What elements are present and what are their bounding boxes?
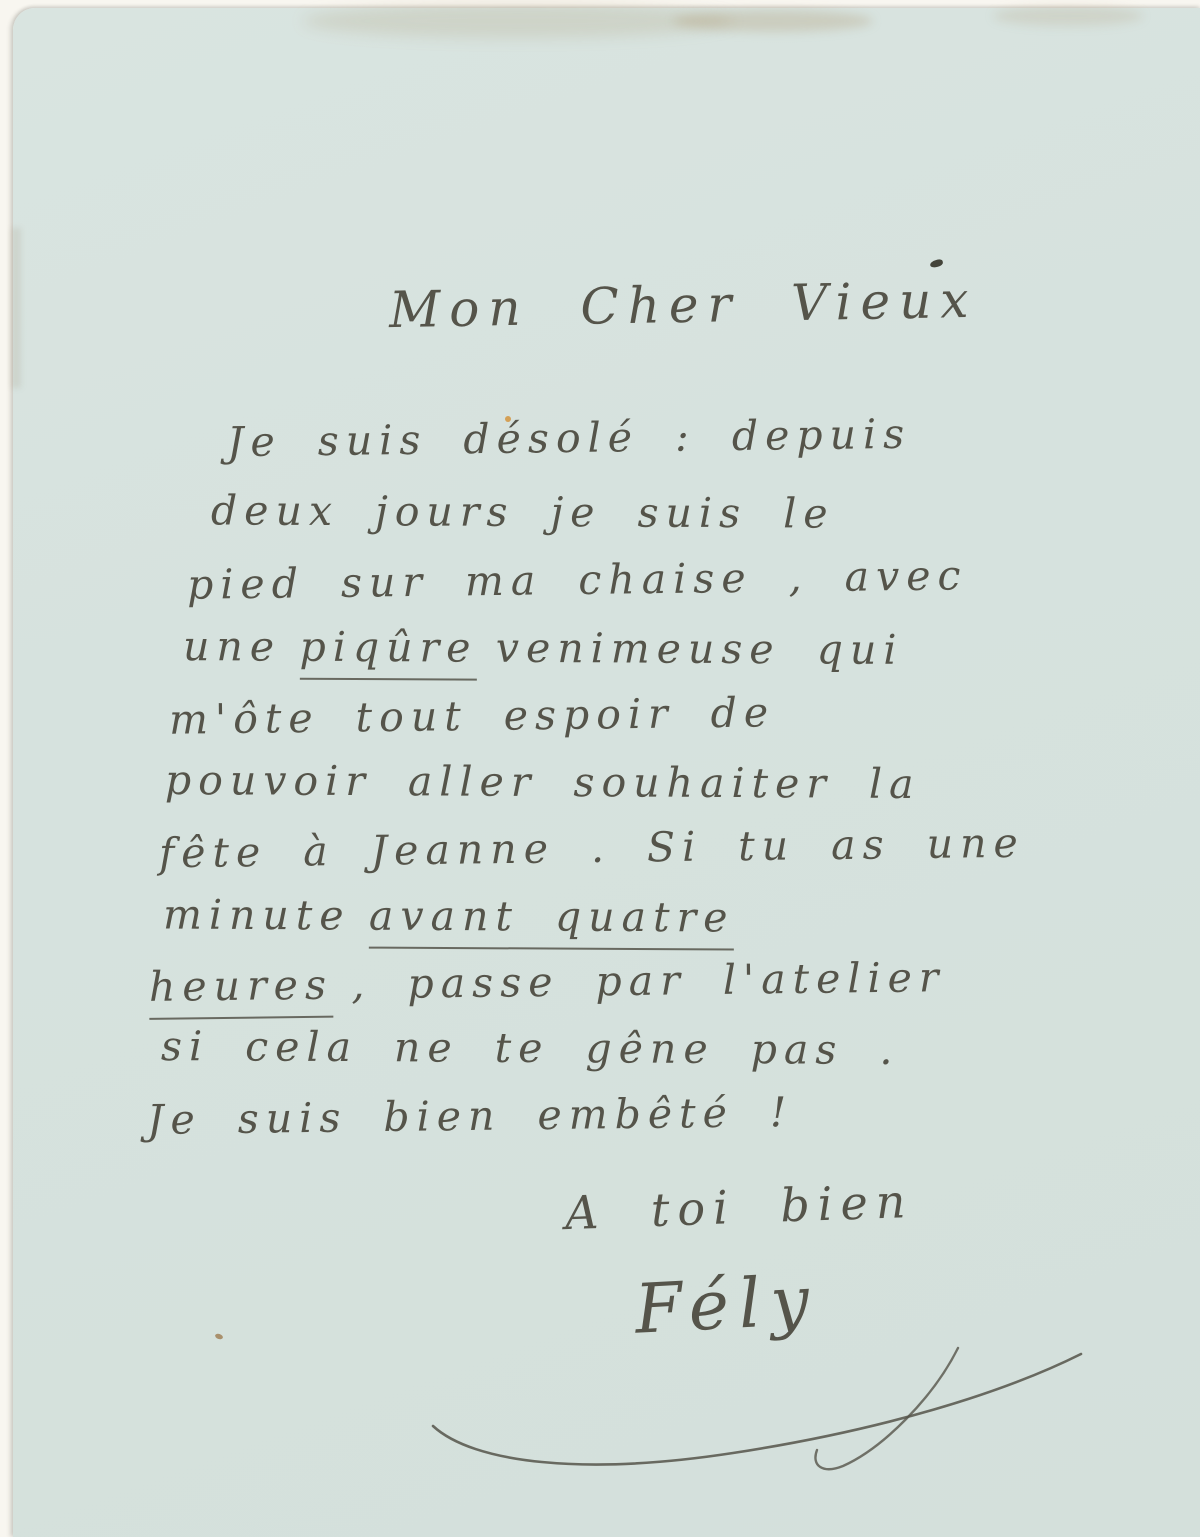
line-text: m'ôte tout espoir de — [169, 688, 776, 743]
letter-body-line: minuteavant quatre — [163, 891, 735, 951]
letter-paper: Mon Cher Vieux Je suis désolé : depuis d… — [13, 8, 1200, 1537]
line-text-underlined: heures — [149, 961, 334, 1020]
letter-closing: A toi bien — [564, 1174, 914, 1240]
line-text-underlined: avant quatre — [369, 892, 735, 951]
signature-flourish — [413, 1338, 1103, 1488]
line-text: venimeuse qui — [496, 624, 904, 674]
line-text: minute — [163, 891, 351, 940]
line-text: si cela ne te gêne pas . — [161, 1022, 900, 1074]
letter-scan: Mon Cher Vieux Je suis désolé : depuis d… — [0, 0, 1200, 1537]
line-text: Je suis désolé : depuis — [227, 410, 912, 466]
letter-body-line: fête à Jeanne . Si tu as une — [159, 819, 1025, 878]
paper-edge-smudge — [11, 228, 21, 388]
line-text-underlined: piqûre — [299, 623, 477, 681]
line-text: deux jours je suis le — [211, 486, 835, 537]
paper-stain — [673, 10, 873, 32]
letter-body-line: Je suis désolé : depuis — [227, 410, 912, 466]
paper-stain — [303, 4, 733, 38]
letter-body-line: Je suis bien embêté ! — [147, 1088, 794, 1144]
letter-body-line: m'ôte tout espoir de — [169, 688, 776, 743]
paper-stain — [993, 6, 1143, 26]
letter-body-line: pied sur ma chaise , avec — [187, 551, 968, 609]
letter-body-line: heures, passe par l'atelier — [149, 953, 946, 1020]
line-text: pied sur ma chaise , avec — [187, 551, 968, 609]
ink-speck — [929, 259, 943, 269]
line-text: Je suis bien embêté ! — [147, 1088, 794, 1144]
scan-background: { "letter": { "salutation": "Mon Cher Vi… — [0, 0, 1200, 1537]
line-text: fête à Jeanne . Si tu as une — [159, 819, 1025, 878]
line-text: une — [183, 622, 281, 671]
line-text: pouvoir aller souhaiter la — [165, 756, 921, 808]
letter-salutation: Mon Cher Vieux — [389, 271, 978, 339]
letter-body-line: unepiqûrevenimeuse qui — [183, 622, 904, 683]
line-text: , passe par l'atelier — [351, 953, 946, 1008]
letter-body-line: pouvoir aller souhaiter la — [165, 756, 921, 808]
paper-speck — [214, 1333, 223, 1340]
letter-body-line: deux jours je suis le — [211, 486, 835, 537]
letter-signature: Fély — [633, 1261, 821, 1350]
letter-body-line: si cela ne te gêne pas . — [161, 1022, 900, 1074]
